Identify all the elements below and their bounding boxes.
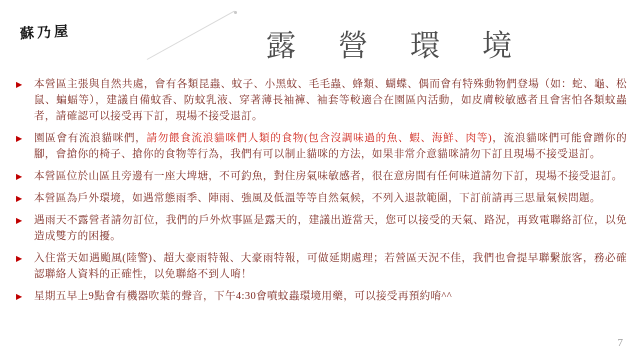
bullet-arrow-icon: ▶ <box>16 169 34 185</box>
bullet-arrow-icon: ▶ <box>16 213 34 229</box>
slide: 蘇乃屋 露營環境 ▶ 本營區主張與自然共處，會有各類昆蟲、蚊子、小黑蚊、毛毛蟲、… <box>0 0 640 360</box>
bullet-text-segment: 遇雨天不露營者請勿訂位，我們的戶外炊事區是露天的，建議出遊當天，您可以接受的天氣… <box>34 215 627 242</box>
bullet-arrow-icon: ▶ <box>16 77 34 93</box>
brand-logo: 蘇乃屋 <box>20 21 72 44</box>
bullet-arrow-icon: ▶ <box>16 191 34 207</box>
bullet-text-segment: 園區會有流浪貓咪們， <box>34 133 146 144</box>
bullet-text-segment: 星期五早上9點會有機器吹葉的聲音，下午4:30會噴蚊蟲環境用藥，可以接受再預約唷… <box>34 291 452 302</box>
bullet-item: ▶ 本營區為戶外環境，如遇常態雨季、陣雨、強風及低溫等等自然氣候，不列入退款範圍… <box>16 191 627 207</box>
decorative-dot <box>234 11 237 14</box>
bullet-text: 入住當天如遇颱風(陸警)、超大豪雨特報、大豪雨特報，可做延期處理；若營區天況不佳… <box>34 251 627 283</box>
bullet-text-segment: 入住當天如遇颱風(陸警)、超大豪雨特報、大豪雨特報，可做延期處理；若營區天況不佳… <box>34 253 627 280</box>
bullet-text: 園區會有流浪貓咪們，請勿餵食流浪貓咪們人類的食物(包含沒調味過的魚、蝦、海鮮、肉… <box>34 131 627 163</box>
bullet-item: ▶ 遇雨天不露營者請勿訂位，我們的戶外炊事區是露天的，建議出遊當天，您可以接受的… <box>16 213 627 245</box>
bullet-arrow-icon: ▶ <box>16 289 34 305</box>
bullet-text: 星期五早上9點會有機器吹葉的聲音，下午4:30會噴蚊蟲環境用藥，可以接受再預約唷… <box>34 289 627 305</box>
bullet-item: ▶ 本營區位於山區且旁邊有一座大埤塘，不可釣魚，對住房氣味敏感者，很在意房間有任… <box>16 169 627 185</box>
page-number: 7 <box>618 337 624 349</box>
bullet-arrow-icon: ▶ <box>16 251 34 267</box>
bullet-item: ▶ 星期五早上9點會有機器吹葉的聲音，下午4:30會噴蚊蟲環境用藥，可以接受再預… <box>16 289 627 305</box>
bullet-text: 本營區位於山區且旁邊有一座大埤塘，不可釣魚，對住房氣味敏感者，很在意房間有任何味… <box>34 169 627 185</box>
bullet-item: ▶ 入住當天如遇颱風(陸警)、超大豪雨特報、大豪雨特報，可做延期處理；若營區天況… <box>16 251 627 283</box>
decorative-slash <box>147 11 235 60</box>
bullet-text-segment: 本營區位於山區且旁邊有一座大埤塘，不可釣魚，對住房氣味敏感者，很在意房間有任何味… <box>34 171 623 182</box>
bullet-list: ▶ 本營區主張與自然共處，會有各類昆蟲、蚊子、小黑蚊、毛毛蟲、蜂類、蝴蝶、偶而會… <box>16 77 627 311</box>
bullet-text-segment: 本營區為戶外環境，如遇常態雨季、陣雨、強風及低溫等等自然氣候，不列入退款範圍，下… <box>34 193 601 204</box>
bullet-item: ▶ 本營區主張與自然共處，會有各類昆蟲、蚊子、小黑蚊、毛毛蟲、蜂類、蝴蝶、偶而會… <box>16 77 627 125</box>
bullet-text-segment: 本營區主張與自然共處，會有各類昆蟲、蚊子、小黑蚊、毛毛蟲、蜂類、蝴蝶、偶而會有特… <box>34 79 627 122</box>
bullet-item: ▶ 園區會有流浪貓咪們，請勿餵食流浪貓咪們人類的食物(包含沒調味過的魚、蝦、海鮮… <box>16 131 627 163</box>
bullet-text: 本營區為戶外環境，如遇常態雨季、陣雨、強風及低溫等等自然氣候，不列入退款範圍，下… <box>34 191 627 207</box>
bullet-text: 遇雨天不露營者請勿訂位，我們的戶外炊事區是露天的，建議出遊當天，您可以接受的天氣… <box>34 213 627 245</box>
bullet-arrow-icon: ▶ <box>16 131 34 147</box>
bullet-text: 本營區主張與自然共處，會有各類昆蟲、蚊子、小黑蚊、毛毛蟲、蜂類、蝴蝶、偶而會有特… <box>34 77 627 125</box>
bullet-text-highlight: 請勿餵食流浪貓咪們人類的食物(包含沒調味過的魚、蝦、海鮮、肉等) <box>146 133 492 144</box>
slide-title: 露營環境 <box>266 21 554 65</box>
